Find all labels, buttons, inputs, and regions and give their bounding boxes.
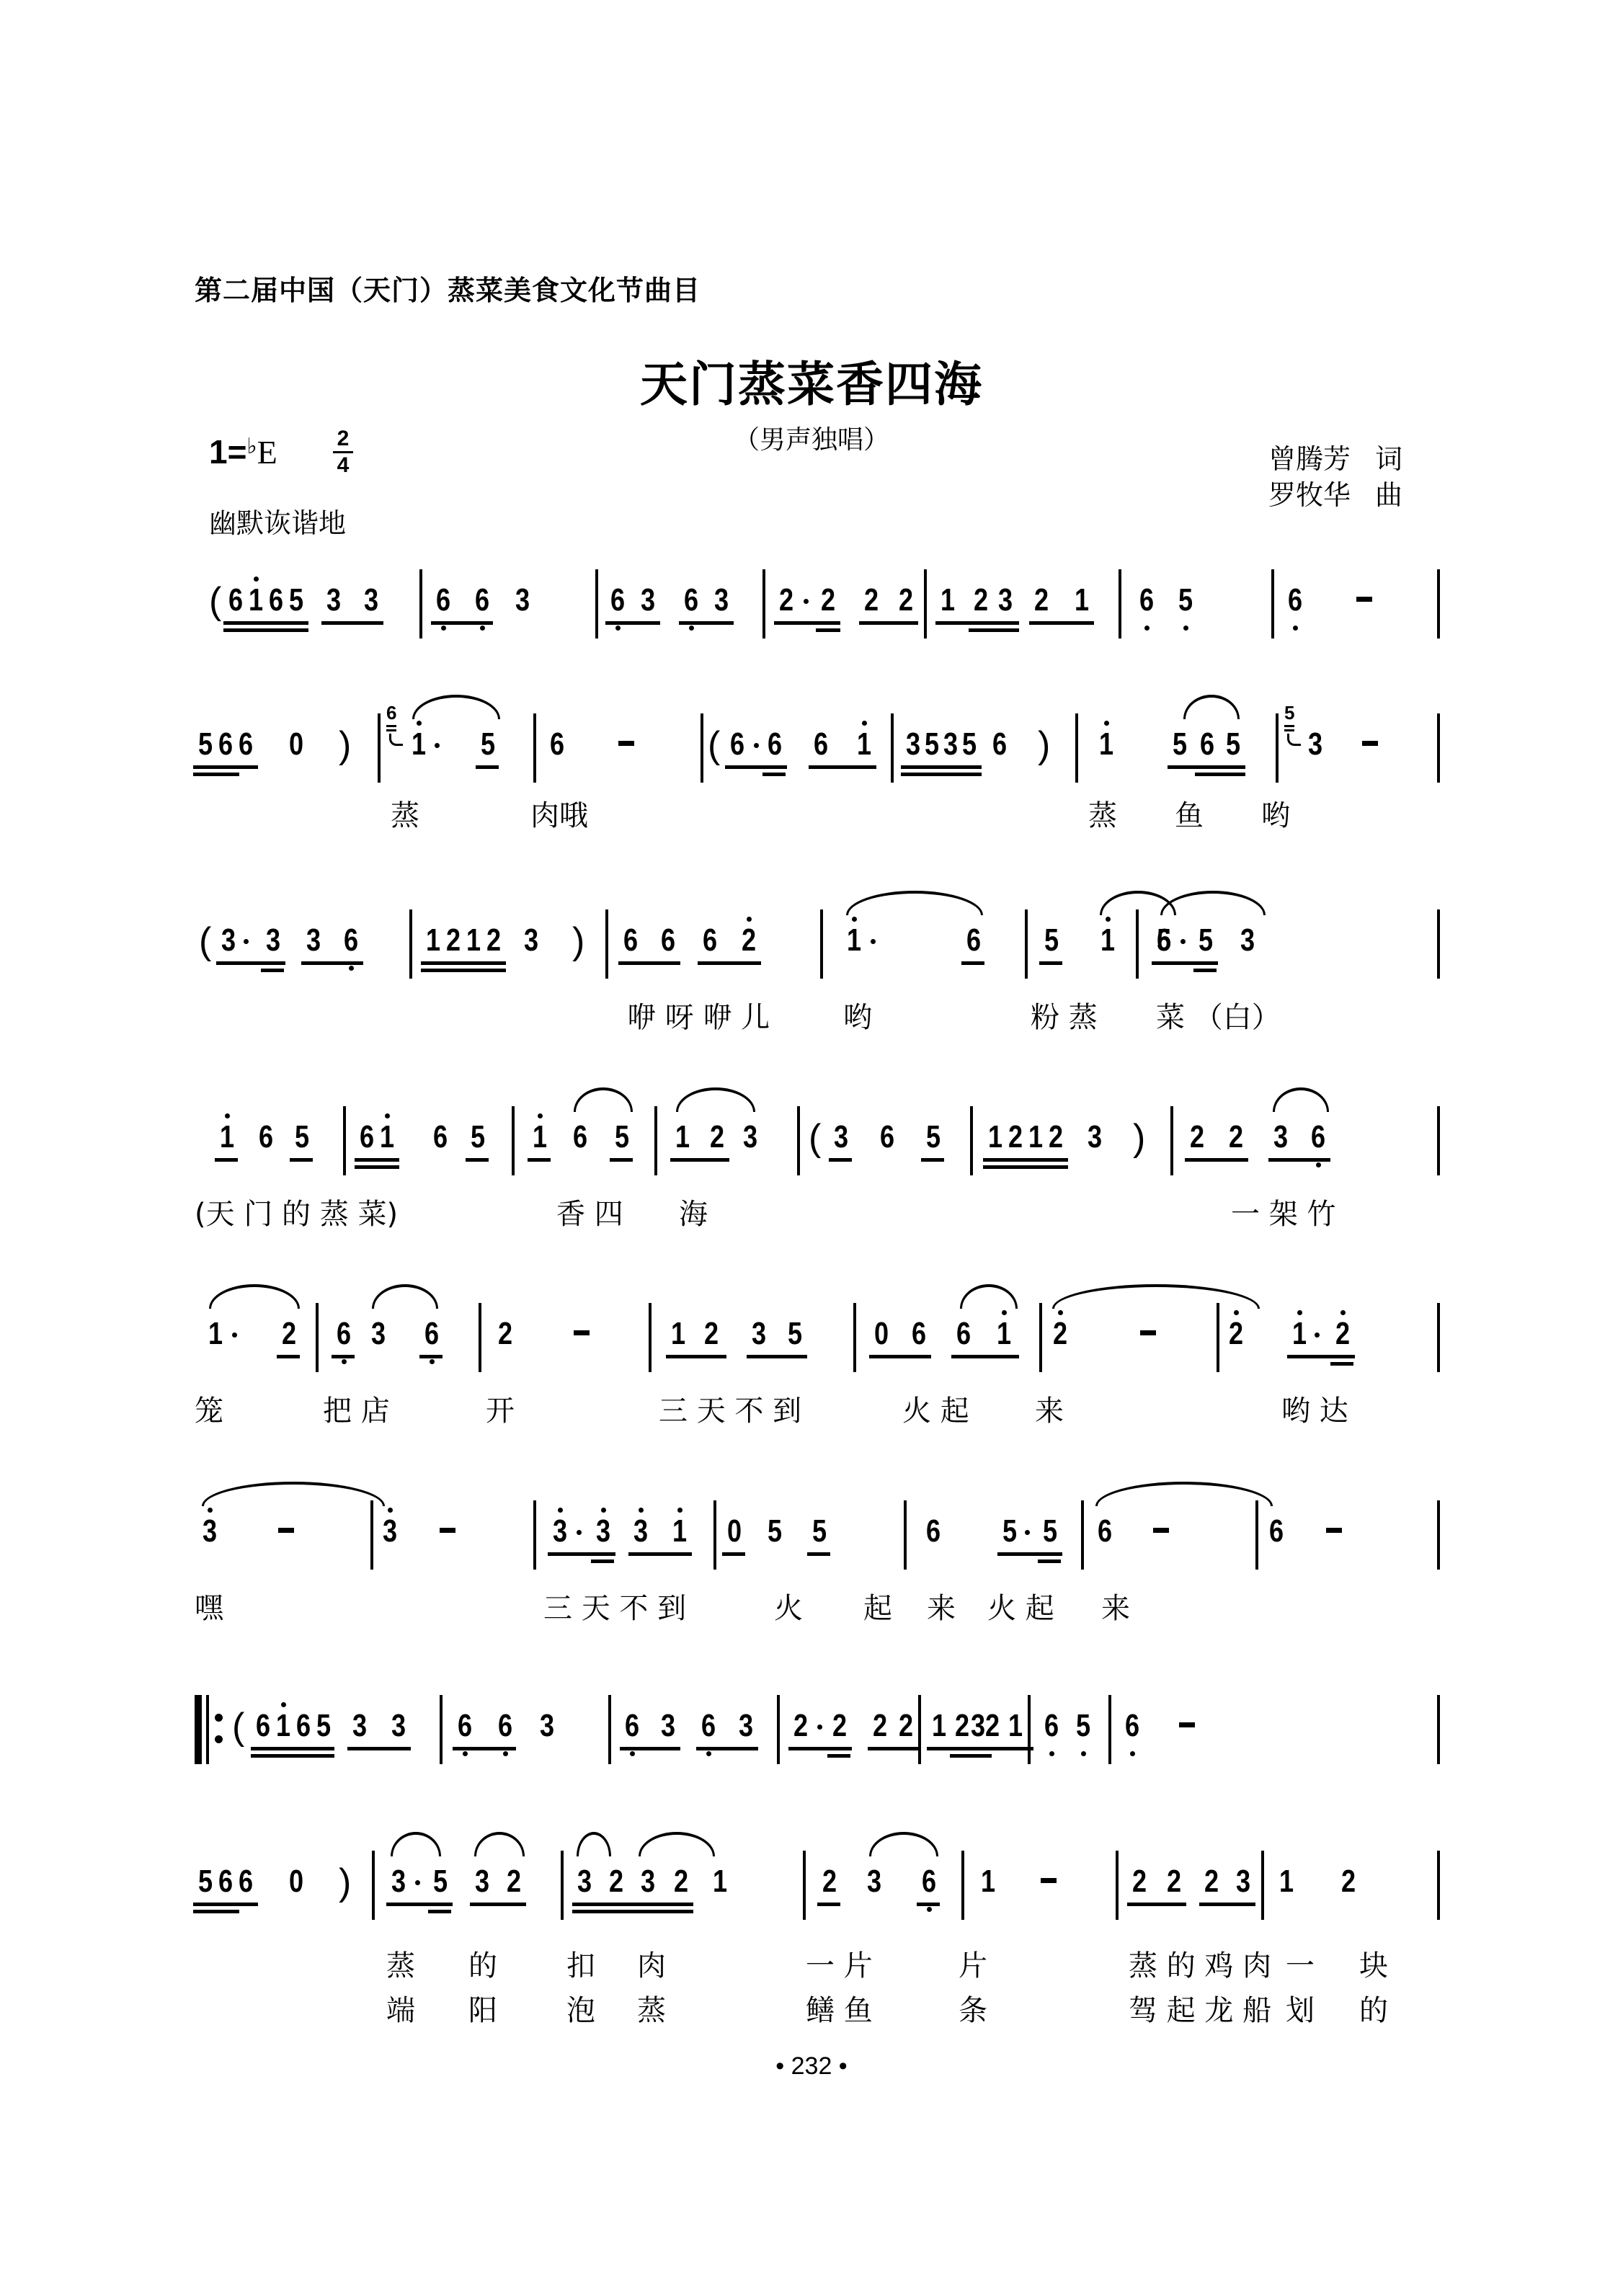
note: 1 — [711, 1864, 729, 1900]
note: 6 — [1286, 582, 1304, 618]
lyricist-credit: 曾腾芳词 — [1268, 441, 1402, 477]
note: 2 — [972, 582, 990, 618]
octave-down-dot-icon — [1316, 1162, 1321, 1167]
octave-up-dot-icon — [1234, 1310, 1239, 1315]
barline — [713, 1500, 716, 1570]
note: 3 — [659, 1708, 677, 1744]
barline — [1108, 1695, 1111, 1764]
lyric-text: 驾 起 龙 船 — [1129, 1988, 1271, 2029]
beam-underline — [950, 1754, 992, 1758]
beam-underline — [347, 1747, 411, 1750]
note: 1 — [424, 922, 443, 958]
grace-underline — [1284, 729, 1294, 731]
barline — [701, 713, 703, 783]
beam-underline — [620, 1747, 680, 1750]
octave-down-dot-icon — [1049, 1751, 1054, 1756]
barline — [918, 1695, 921, 1764]
beam-underline — [216, 961, 285, 965]
barline — [1217, 1303, 1219, 1372]
barline — [904, 1500, 907, 1570]
barline — [1025, 909, 1028, 979]
lyric-text: 蒸 — [637, 1988, 666, 2029]
score-line: 1656165165123(36512123)2236(天 门 的 蒸 菜)香 … — [195, 1106, 1449, 1171]
note: 1 — [930, 1708, 948, 1744]
note: 1 — [670, 1316, 688, 1352]
note: 6 — [497, 1708, 515, 1744]
beam-underline — [901, 765, 982, 769]
slur-arc — [846, 891, 983, 915]
lyric-text: 阳 — [468, 1988, 497, 2029]
note: 1 — [987, 1119, 1005, 1155]
slur-arc — [960, 1284, 1018, 1309]
note: 0 — [873, 1316, 891, 1352]
beam-underline — [261, 969, 284, 972]
barline — [762, 569, 765, 638]
beam-underline — [1038, 1559, 1061, 1563]
score-line: (6165336636363222212321656 — [195, 569, 1449, 634]
note: 3 — [264, 922, 283, 958]
octave-down-dot-icon — [480, 626, 485, 631]
note: 6 — [432, 1119, 450, 1155]
note: 6 — [623, 1708, 641, 1744]
barline — [1119, 569, 1121, 638]
note: 2 — [708, 1119, 726, 1155]
lyric-text: 三 天 不 到 — [659, 1388, 801, 1429]
augmentation-dot-icon — [1315, 1332, 1320, 1338]
octave-down-dot-icon — [349, 966, 354, 971]
note: 2 — [1047, 1119, 1065, 1155]
octave-down-dot-icon — [430, 1359, 435, 1364]
time-signature: 2 4 — [333, 428, 353, 476]
note: 1 — [979, 1864, 997, 1900]
note: 2 — [871, 1708, 889, 1744]
slur-arc — [639, 1832, 715, 1856]
augmentation-dot-icon — [817, 1725, 822, 1730]
octave-down-dot-icon — [342, 1359, 347, 1364]
octave-up-dot-icon — [1340, 1310, 1346, 1315]
barline — [1255, 1500, 1258, 1570]
beam-underline — [921, 1158, 944, 1162]
beam-underline — [969, 628, 1019, 632]
barline — [803, 1851, 806, 1920]
note: 1 — [1098, 726, 1116, 762]
beam-underline — [605, 621, 660, 625]
slur-arc — [1273, 1087, 1329, 1112]
beam-underline — [548, 1552, 615, 1556]
augmentation-dot-icon — [435, 743, 440, 748]
barline — [512, 1106, 515, 1175]
augmentation-dot-icon — [871, 939, 876, 944]
note: 1 — [1027, 1119, 1045, 1155]
note: 2 — [1227, 1119, 1245, 1155]
note: 5 — [469, 1119, 487, 1155]
octave-down-dot-icon — [927, 1907, 932, 1912]
note: 3 — [632, 1513, 650, 1549]
lyric-text: 嘿 — [195, 1585, 223, 1627]
lyric-text: 海 — [679, 1191, 708, 1232]
octave-up-dot-icon — [747, 917, 752, 922]
note: 6 — [1124, 1708, 1142, 1744]
note: 3 — [750, 1316, 768, 1352]
note: 5 — [315, 1708, 333, 1744]
note: 5 — [432, 1864, 450, 1900]
sustain-dash — [1179, 1722, 1195, 1727]
octave-up-dot-icon — [1002, 1310, 1007, 1315]
note: 3 — [390, 1864, 408, 1900]
note: 1 — [1291, 1316, 1309, 1352]
octave-up-dot-icon — [254, 577, 259, 582]
barline — [1170, 1106, 1173, 1175]
barline — [1437, 1106, 1440, 1175]
slur-arc — [1052, 1284, 1260, 1309]
barline — [970, 1106, 973, 1175]
note: 6 — [991, 726, 1009, 762]
note: 1 — [1099, 922, 1117, 958]
note: 2 — [1165, 1864, 1183, 1900]
score-line: (333612123)666216515653咿 呀 咿 儿哟粉 蒸菜 （白） — [195, 909, 1449, 974]
note: 6 — [435, 582, 453, 618]
barline — [1271, 569, 1274, 638]
augmentation-dot-icon — [232, 1332, 237, 1338]
note: 5 — [1224, 726, 1242, 762]
beam-underline — [869, 1355, 931, 1358]
composer-role: 曲 — [1375, 479, 1402, 511]
octave-down-dot-icon — [1293, 626, 1298, 631]
barline — [479, 1303, 481, 1372]
beam-underline — [868, 1747, 918, 1750]
note: 1 — [671, 1513, 689, 1549]
note: 6 — [1309, 1119, 1328, 1155]
note: 0 — [288, 726, 306, 762]
open-paren: ( — [209, 579, 221, 623]
lyric-text: 肉哦 — [530, 793, 588, 834]
lyric-text: 的 — [1359, 1988, 1388, 2029]
beam-underline — [572, 1910, 693, 1913]
barline — [419, 569, 422, 638]
note: 1 — [207, 1316, 225, 1352]
sustain-dash — [278, 1528, 294, 1533]
beam-underline — [386, 1903, 453, 1906]
barline — [409, 909, 412, 979]
note: 3 — [997, 582, 1015, 618]
note: 5 — [1075, 1708, 1093, 1744]
octave-down-dot-icon — [1130, 1751, 1135, 1756]
note: 1 — [939, 582, 957, 618]
lyric-text: 火 — [774, 1585, 803, 1627]
note: 5 — [293, 1119, 311, 1155]
time-denominator: 4 — [337, 453, 350, 477]
note: 5 — [288, 582, 306, 618]
sustain-dash — [1140, 1330, 1156, 1335]
barline — [1276, 713, 1279, 783]
beam-underline — [476, 765, 499, 769]
barline — [1028, 1695, 1031, 1764]
song-title: 天门蒸菜香四海 — [0, 346, 1623, 414]
lyric-text: 菜 （白） — [1156, 995, 1281, 1036]
beam-underline — [829, 1158, 852, 1162]
octave-down-dot-icon — [1183, 626, 1188, 631]
lyric-text: 扣 — [566, 1943, 595, 1984]
close-paren: ) — [1038, 724, 1050, 767]
note: 1 — [531, 1119, 549, 1155]
barline — [891, 713, 894, 783]
key-letter: E — [257, 434, 277, 471]
beam-underline — [696, 1747, 758, 1750]
beam-underline — [251, 1747, 334, 1750]
octave-up-dot-icon — [862, 721, 867, 726]
beam-underline — [1168, 765, 1245, 769]
barline — [853, 1303, 856, 1372]
barline — [649, 1303, 652, 1372]
beam-underline — [827, 1754, 850, 1758]
barline — [924, 569, 927, 638]
beam-underline — [816, 628, 840, 632]
lyric-text: 一 架 竹 — [1231, 1191, 1335, 1232]
note: 6 — [700, 1708, 718, 1744]
beam-underline — [859, 621, 918, 625]
octave-up-dot-icon — [1104, 721, 1109, 726]
octave-up-dot-icon — [281, 1702, 286, 1707]
note: 2 — [819, 582, 837, 618]
note: 6 — [227, 582, 245, 618]
repeat-start-barline — [195, 1695, 202, 1764]
composer-name: 罗牧华 — [1268, 479, 1351, 511]
beam-underline — [431, 621, 493, 625]
lyric-text: 泡 — [566, 1988, 595, 2029]
slur-arc — [577, 1832, 611, 1856]
note: 2 — [1340, 1864, 1358, 1900]
note: 2 — [505, 1864, 523, 1900]
lyric-text: 香 四 — [556, 1191, 623, 1232]
note: 6 — [548, 726, 566, 762]
note: 3 — [370, 1316, 388, 1352]
lyric-text: 一 片 — [806, 1943, 873, 1984]
barline — [378, 713, 381, 783]
beam-underline — [1199, 1903, 1255, 1906]
note: 2 — [831, 1708, 849, 1744]
barline — [1116, 1851, 1119, 1920]
note: 3 — [904, 726, 922, 762]
augmentation-dot-icon — [1180, 939, 1186, 944]
sustain-dash — [1326, 1528, 1342, 1533]
beam-underline — [215, 1158, 238, 1162]
barline — [961, 1851, 964, 1920]
note: 1 — [995, 1316, 1013, 1352]
note: 6 — [217, 726, 235, 762]
note: 1 — [378, 1119, 396, 1155]
barline — [1437, 1695, 1440, 1764]
note: 6 — [766, 726, 784, 762]
note: 2 — [821, 1864, 839, 1900]
note: 5 — [479, 726, 497, 762]
beam-underline — [1127, 1903, 1186, 1906]
key-signature: 1=♭E — [209, 432, 277, 471]
note: 2 — [497, 1316, 515, 1352]
barline — [608, 1695, 611, 1764]
note: 5 — [1171, 726, 1189, 762]
note: 1 — [674, 1119, 692, 1155]
beam-underline — [332, 1355, 355, 1358]
beam-underline — [277, 1355, 300, 1358]
note: 6 — [1138, 582, 1156, 618]
open-paren: ( — [232, 1705, 244, 1748]
close-paren: ) — [572, 920, 584, 963]
sustain-dash — [574, 1330, 590, 1335]
octave-down-dot-icon — [689, 626, 694, 631]
note: 6 — [1199, 726, 1217, 762]
note: 6 — [920, 1864, 938, 1900]
slur-arc — [474, 1832, 525, 1856]
beam-underline — [355, 1165, 399, 1169]
slur-arc — [676, 1087, 755, 1112]
note: 3 — [351, 1708, 369, 1744]
note: 2 — [445, 922, 463, 958]
barline — [1437, 1851, 1440, 1920]
beam-underline — [1193, 969, 1217, 972]
barline — [1437, 569, 1440, 638]
note: 0 — [726, 1513, 744, 1549]
note: 2 — [740, 922, 758, 958]
note: 1 — [465, 922, 483, 958]
octave-up-dot-icon — [417, 721, 422, 726]
beam-underline — [1185, 1158, 1248, 1162]
beam-underline — [983, 1165, 1068, 1169]
barline — [1437, 1303, 1440, 1372]
note: 3 — [639, 582, 657, 618]
lyric-text: 一 — [1286, 1943, 1315, 1984]
beam-underline — [809, 765, 876, 769]
barline — [316, 1303, 319, 1372]
barline — [1075, 713, 1078, 783]
barline — [797, 1106, 800, 1175]
note: 0 — [288, 1864, 306, 1900]
beam-underline — [1029, 621, 1094, 625]
beam-underline — [666, 1355, 726, 1358]
octave-down-dot-icon — [630, 1751, 635, 1756]
slur-arc — [1095, 1482, 1273, 1506]
time-numerator: 2 — [337, 427, 350, 450]
note: 2 — [897, 582, 915, 618]
beam-underline — [698, 961, 761, 965]
grace-hook-icon — [389, 734, 403, 746]
note: 2 — [485, 922, 503, 958]
beam-underline — [747, 1355, 807, 1358]
note: 3 — [639, 1864, 657, 1900]
note: 5 — [1041, 1513, 1059, 1549]
sustain-dash — [1153, 1528, 1169, 1533]
octave-down-dot-icon — [463, 1751, 468, 1756]
note: 6 — [572, 1119, 590, 1155]
credits: 曾腾芳词 罗牧华曲 — [1268, 441, 1402, 513]
beam-underline — [980, 1747, 1033, 1750]
octave-up-dot-icon — [388, 1508, 393, 1513]
note: 6 — [267, 582, 285, 618]
augmentation-dot-icon — [804, 599, 809, 604]
slur-arc — [209, 1284, 300, 1309]
note: 6 — [729, 726, 747, 762]
tempo-marking: 幽默诙谐地 — [209, 501, 346, 540]
note: 6 — [955, 1316, 973, 1352]
beam-underline — [193, 765, 258, 769]
beam-underline — [453, 1747, 516, 1750]
beam-underline — [917, 1903, 940, 1906]
lyric-text: 粉 蒸 — [1031, 995, 1098, 1036]
open-paren: ( — [199, 920, 211, 963]
repeat-thin-barline — [206, 1695, 209, 1764]
note: 3 — [363, 582, 381, 618]
note: 3 — [538, 1708, 556, 1744]
barline — [533, 1500, 536, 1570]
note: 3 — [1086, 1119, 1104, 1155]
note: 6 — [812, 726, 830, 762]
score-line: 5660)3532323212361222312蒸的扣肉一 片片蒸 的 鸡 肉一… — [195, 1851, 1449, 1915]
octave-up-dot-icon — [1106, 917, 1111, 922]
slur-arc — [412, 695, 500, 719]
lyric-text: 蒸 — [1088, 793, 1117, 834]
note: 6 — [622, 922, 640, 958]
sustain-dash — [1356, 597, 1372, 602]
lyric-text: (天 门 的 蒸 菜) — [195, 1191, 398, 1232]
octave-up-dot-icon — [538, 1113, 543, 1118]
note: 6 — [295, 1708, 313, 1744]
note: 3 — [713, 582, 731, 618]
barline — [561, 1851, 564, 1920]
note: 2 — [1051, 1316, 1070, 1352]
octave-down-dot-icon — [706, 1751, 711, 1756]
octave-up-dot-icon — [1058, 1310, 1063, 1315]
note: 5 — [1177, 582, 1195, 618]
note: 3 — [866, 1864, 884, 1900]
note: 1 — [275, 1708, 293, 1744]
open-paren: ( — [708, 724, 720, 767]
sustain-dash — [1362, 741, 1378, 746]
beam-underline — [223, 628, 308, 632]
beam-underline — [193, 1910, 239, 1913]
grace-hook-icon — [1287, 734, 1301, 746]
beam-underline — [725, 765, 787, 769]
note: 5 — [961, 726, 979, 762]
note: 1 — [1073, 582, 1091, 618]
beam-underline — [466, 1158, 489, 1162]
beam-underline — [193, 773, 239, 776]
score-line: 5660)6156(666135356)156553蒸肉哦蒸鱼哟 — [195, 713, 1449, 778]
note: 2 — [897, 1708, 915, 1744]
grace-note: 5 — [1284, 702, 1294, 724]
beam-underline — [1152, 961, 1218, 965]
close-paren: ) — [339, 1861, 351, 1904]
lyric-text: 咿 呀 咿 儿 — [627, 995, 770, 1036]
lyric-text: 开 — [486, 1388, 515, 1429]
barline — [820, 909, 823, 979]
note: 2 — [863, 582, 881, 618]
beam-underline — [722, 1552, 745, 1556]
barline — [372, 1851, 375, 1920]
note: 5 — [923, 726, 941, 762]
barline — [595, 569, 598, 638]
note: 3 — [305, 922, 323, 958]
note: 6 — [925, 1513, 943, 1549]
beam-underline — [428, 1910, 451, 1913]
note: 3 — [832, 1119, 850, 1155]
lyric-text: 火 起 — [902, 1388, 969, 1429]
barline — [343, 1106, 346, 1175]
octave-down-dot-icon — [615, 626, 621, 631]
note: 3 — [1272, 1119, 1290, 1155]
beam-underline — [591, 1559, 614, 1563]
beam-underline — [223, 621, 308, 625]
beam-underline — [961, 961, 984, 965]
repeat-dot-icon — [215, 1714, 223, 1722]
